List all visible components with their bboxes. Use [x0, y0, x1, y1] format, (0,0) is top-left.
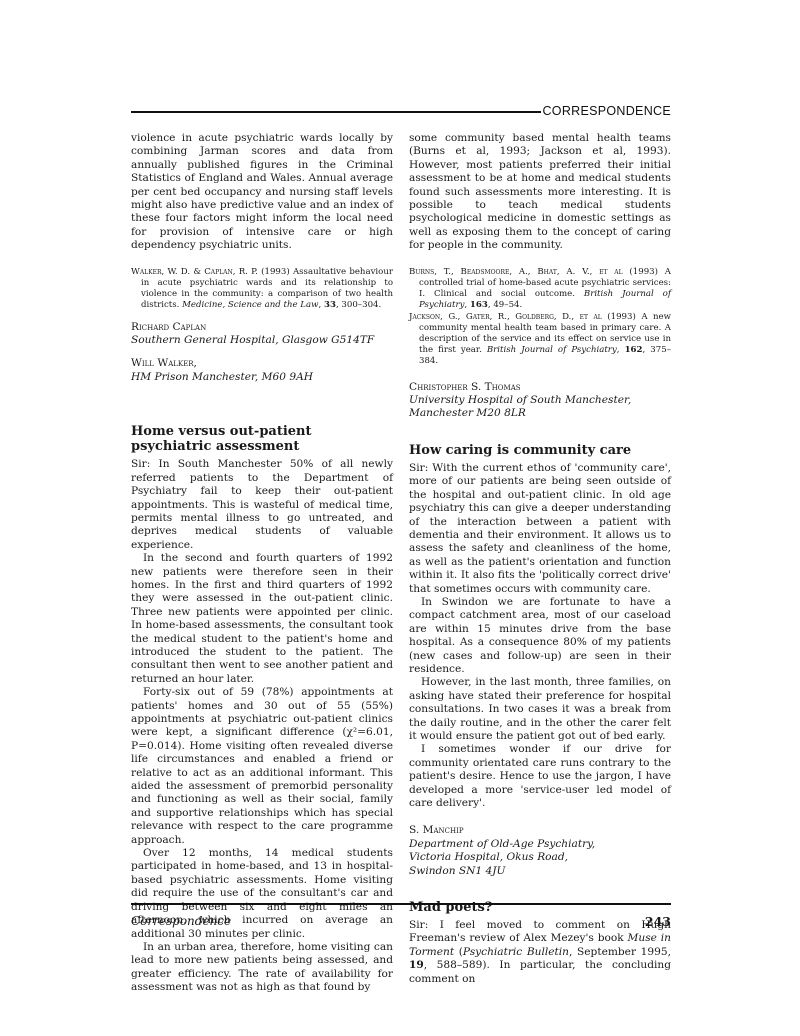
- running-header: CORRESPONDENCE: [131, 100, 671, 120]
- ref-authors: Walker, W. D. & Caplan, R. P.: [131, 267, 258, 277]
- author-name: Christopher S. Thomas: [409, 381, 671, 394]
- reference-list: Burns, T., Beadsmoore, A., Bhat, A. V., …: [409, 267, 671, 367]
- ref-volume: 33: [324, 300, 336, 310]
- author-address: HM Prison Manchester, M60 9AH: [131, 371, 393, 384]
- signature-block: Christopher S. Thomas University Hospita…: [409, 381, 671, 421]
- author-name: Will Walker,: [131, 357, 393, 370]
- journal-title: Psychiatric Bulletin: [463, 946, 569, 958]
- page-number: 243: [645, 914, 671, 929]
- ref-journal: Medicine, Science and the Law: [182, 300, 318, 310]
- left-column: violence in acute psychiatric wards loca…: [131, 132, 393, 995]
- article-paragraph: I sometimes wonder if our drive for comm…: [409, 743, 671, 810]
- author-address-line: Victoria Hospital, Okus Road,: [409, 851, 671, 864]
- continuation-paragraph: some community based mental health teams…: [409, 132, 671, 253]
- continuation-paragraph: violence in acute psychiatric wards loca…: [131, 132, 393, 253]
- article-paragraph: In an urban area, therefore, home visiti…: [131, 941, 393, 995]
- article-paragraph: Sir: In South Manchester 50% of all newl…: [131, 458, 393, 552]
- right-column: some community based mental health teams…: [409, 132, 671, 995]
- author-address-line: Department of Old-Age Psychiatry,: [409, 838, 671, 851]
- author-name: S. Manchip: [409, 824, 671, 837]
- reference-item: Walker, W. D. & Caplan, R. P. (1993) Ass…: [131, 267, 393, 311]
- author-address-line: Manchester M20 8LR: [409, 407, 671, 420]
- page: CORRESPONDENCE violence in acute psychia…: [131, 100, 671, 120]
- reference-item: Jackson, G., Gater, R., Goldberg, D., et…: [409, 312, 671, 367]
- two-column-body: violence in acute psychiatric wards loca…: [131, 132, 671, 995]
- author-address-line: University Hospital of South Manchester,: [409, 394, 671, 407]
- article-title: Home versus out-patient psychiatric asse…: [131, 424, 393, 454]
- article-paragraph: Sir: With the current ethos of 'communit…: [409, 462, 671, 596]
- author-name: Richard Caplan: [131, 321, 393, 334]
- running-footer: Correspondence 243: [131, 903, 671, 905]
- article-paragraph: Sir: I feel moved to comment on Hugh Fre…: [409, 919, 671, 986]
- article-title: How caring is community care: [409, 443, 671, 458]
- section-title: CORRESPONDENCE: [542, 104, 671, 118]
- article-paragraph: Forty-six out of 59 (78%) appointments a…: [131, 686, 393, 847]
- reference-list: Walker, W. D. & Caplan, R. P. (1993) Ass…: [131, 267, 393, 311]
- article-paragraph: In Swindon we are fortunate to have a co…: [409, 596, 671, 676]
- reference-item: Burns, T., Beadsmoore, A., Bhat, A. V., …: [409, 267, 671, 311]
- signature-block: S. Manchip Department of Old-Age Psychia…: [409, 824, 671, 878]
- author-address: Southern General Hospital, Glasgow G514T…: [131, 334, 393, 347]
- article-paragraph: However, in the last month, three famili…: [409, 676, 671, 743]
- article-paragraph: In the second and fourth quarters of 199…: [131, 552, 393, 686]
- header-rule: [131, 111, 541, 113]
- footer-rule: [131, 903, 671, 905]
- signature-block: Richard Caplan Southern General Hospital…: [131, 321, 393, 348]
- author-address-line: Swindon SN1 4JU: [409, 865, 671, 878]
- footer-section: Correspondence: [131, 914, 231, 928]
- signature-block: Will Walker, HM Prison Manchester, M60 9…: [131, 357, 393, 384]
